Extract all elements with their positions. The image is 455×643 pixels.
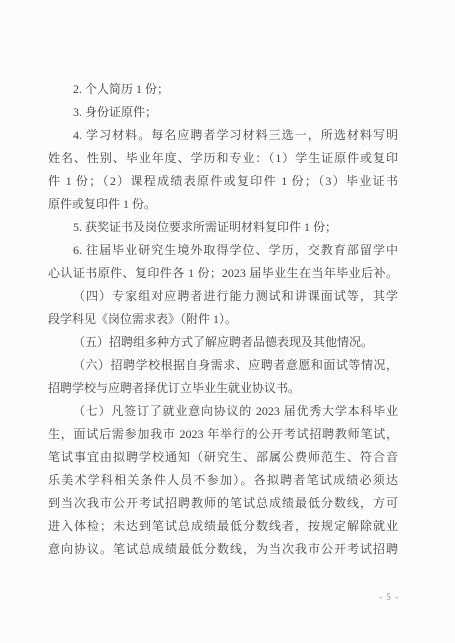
text-line: 原件或复印件 1 份。 (48, 193, 398, 216)
text-line: （六）招聘学校根据自身需求、应聘者意愿和面试等情况， (48, 354, 398, 377)
text-line: 进入体检；未达到笔试总成绩最低分数线者，按规定解除就业 (48, 515, 398, 538)
text-block: 2. 个人简历 1 份； 3. 身份证原件； 4. 学习材料。每名应聘者学习材料… (48, 78, 398, 561)
text-line: 招聘学校与应聘者择优订立毕业生就业协议书。 (48, 377, 398, 400)
text-line: （七）凡签订了就业意向协议的 2023 届优秀大学本科毕业 (48, 400, 398, 423)
text-line: 心认证书原件、复印件各 1 份；2023 届毕业生在当年毕业后补。 (48, 262, 398, 285)
text-line: 2. 个人简历 1 份； (48, 78, 398, 101)
page-number: - 5 - (370, 590, 408, 604)
text-line: 件 1 份；（2）课程成绩表原件或复印件 1 份；（3）毕业证书 (48, 170, 398, 193)
text-line: 到当次我市公开考试招聘教师的笔试总成绩最低分数线，方可 (48, 492, 398, 515)
document-page: 2. 个人简历 1 份； 3. 身份证原件； 4. 学习材料。每名应聘者学习材料… (0, 0, 455, 643)
text-line: （五）招聘组多种方式了解应聘者品德表现及其他情况。 (48, 331, 398, 354)
text-line: 段学科见《岗位需求表》（附件 1）。 (48, 308, 398, 331)
text-line: 笔试事宜由拟聘学校通知（研究生、部属公费师范生、符合音 (48, 446, 398, 469)
text-line: 乐美术学科相关条件人员不参加）。各拟聘者笔试成绩必须达 (48, 469, 398, 492)
text-line: 4. 学习材料。每名应聘者学习材料三选一，所选材料写明 (48, 124, 398, 147)
text-line: 3. 身份证原件； (48, 101, 398, 124)
text-line: 生，面试后需参加我市 2023 年举行的公开考试招聘教师笔试， (48, 423, 398, 446)
text-line: （四）专家组对应聘者进行能力测试和讲课面试等，其学 (48, 285, 398, 308)
text-line: 意向协议。笔试总成绩最低分数线，为当次我市公开考试招聘 (48, 538, 398, 561)
text-line: 5. 获奖证书及岗位要求所需证明材料复印件 1 份； (48, 216, 398, 239)
text-line: 6. 往届毕业研究生境外取得学位、学历，交教育部留学中 (48, 239, 398, 262)
text-line: 姓名、性别、毕业年度、学历和专业：（1）学生证原件或复印 (48, 147, 398, 170)
